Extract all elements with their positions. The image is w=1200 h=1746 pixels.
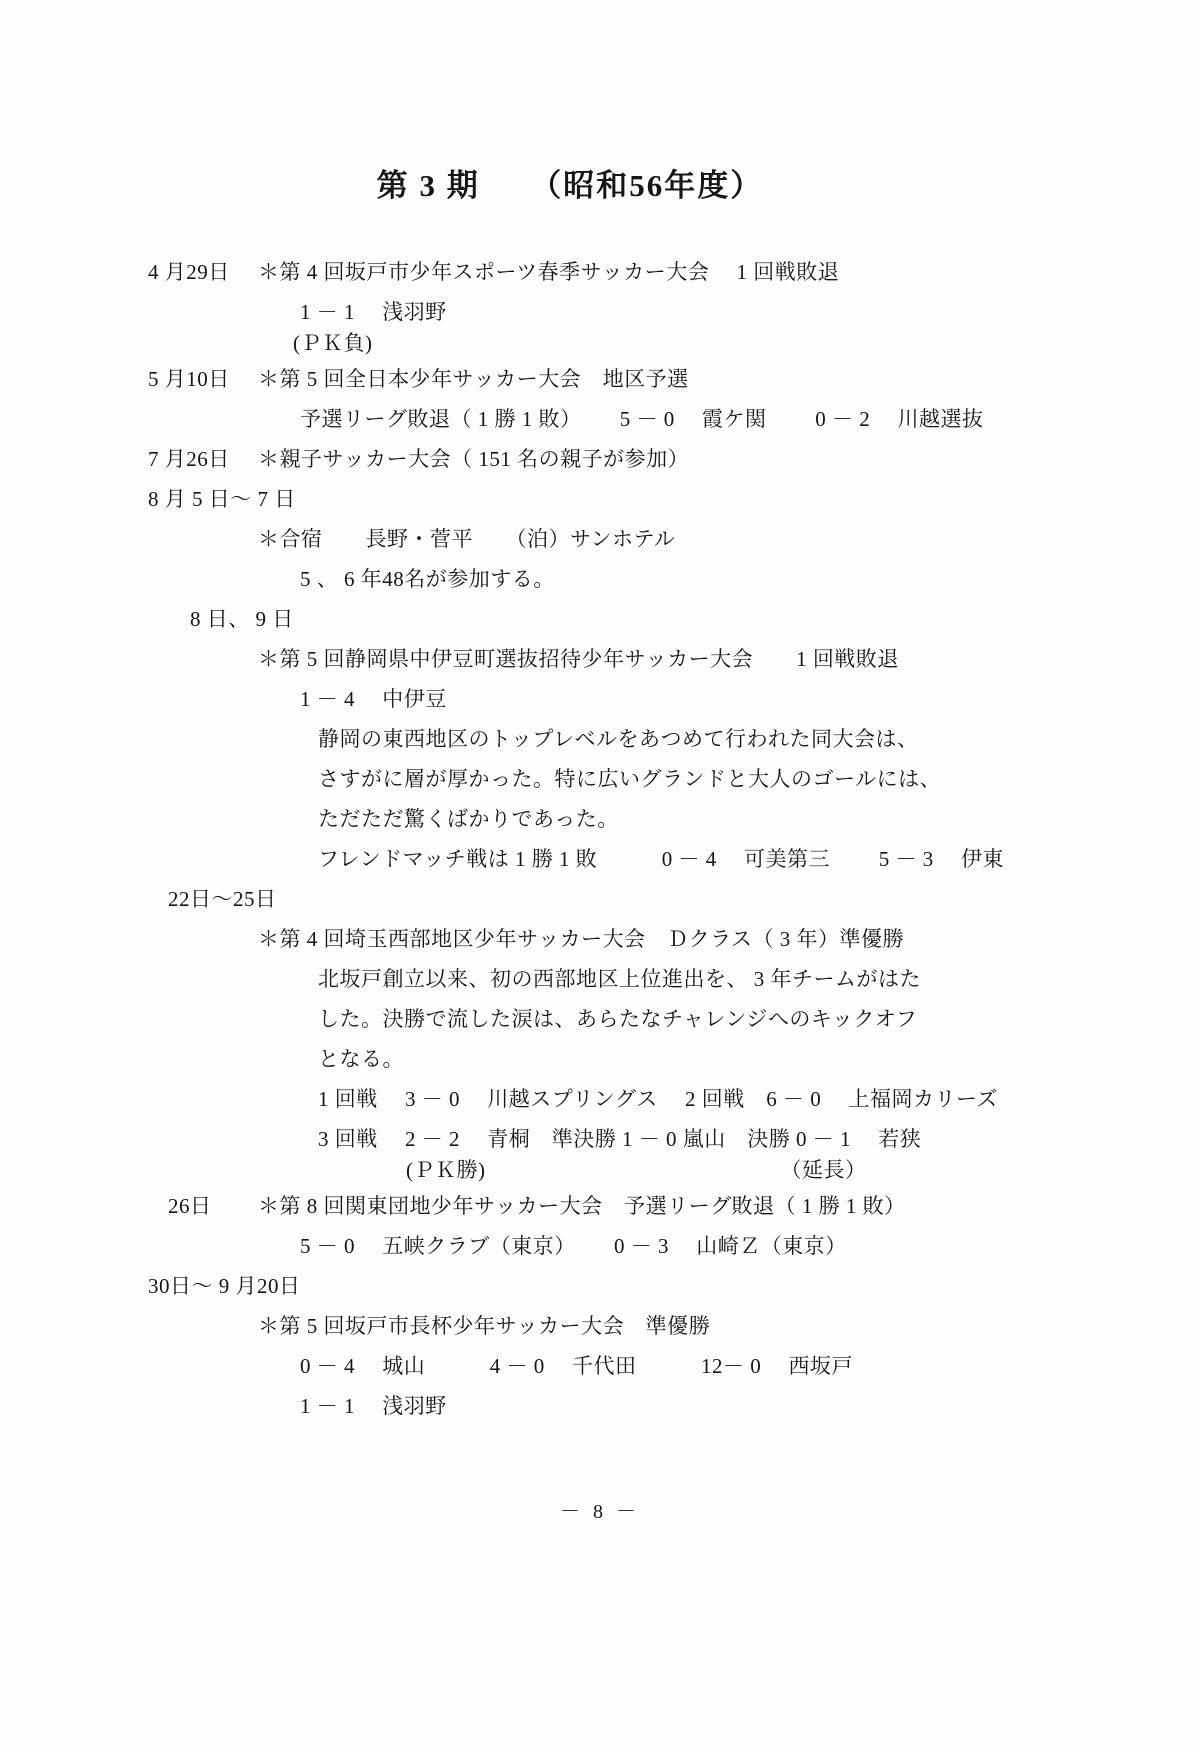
paragraph-text: 静岡の東西地区のトップレベルをあつめて行われた同大会は、 — [318, 728, 919, 750]
extra-time-note: （延長） — [781, 1159, 867, 1181]
score-text: 5 － 0 五峡クラブ（東京） 0 － 3 山崎Ｚ（東京） — [300, 1235, 847, 1257]
paragraph-line: 北坂戸創立以来、初の西部地区上位進出を、 3 年チームがはた — [318, 968, 1200, 990]
paragraph-text: ただただ驚くばかりであった。 — [318, 808, 619, 830]
event-text: ＊第 5 回全日本少年サッカー大会 地区予選 — [258, 368, 689, 390]
score-text: 0 － 4 城山 4 － 0 千代田 12－ 0 西坂戸 — [300, 1355, 853, 1377]
page-title: 第 3 期 （昭和56年度） — [0, 160, 1140, 205]
score-line: 1 － 1 浅羽野 — [300, 301, 1200, 323]
event-line: 7 月26日＊親子サッカー大会（ 151 名の親子が参加） — [148, 448, 1200, 470]
detail-text: 5 、 6 年48名が参加する。 — [300, 568, 555, 590]
event-line: ＊第 5 回静岡県中伊豆町選抜招待少年サッカー大会 1 回戦敗退 — [258, 648, 1200, 670]
event-text: ＊第 5 回坂戸市長杯少年サッカー大会 準優勝 — [258, 1315, 710, 1337]
paragraph-line: さすがに層が厚かった。特に広いグランドと大人のゴールには、 — [318, 768, 1200, 790]
date-range-line: 30日～ 9 月20日 — [148, 1275, 1200, 1297]
event-line: 26日＊第 8 回関東団地少年サッカー大会 予選リーグ敗退（ 1 勝 1 敗） — [168, 1195, 1200, 1217]
score-text: 1 － 1 浅羽野 — [300, 1395, 447, 1417]
date-label: 8 月 5 日～ 7 日 — [148, 488, 296, 510]
score-line: 予選リーグ敗退（ 1 勝 1 敗） 5 － 0 霞ケ関 0 － 2 川越選抜 — [300, 408, 1200, 430]
score-text: 1 － 4 中伊豆 — [300, 688, 447, 710]
event-text: ＊合宿 長野・菅平 （泊）サンホテル — [258, 528, 675, 550]
page-number: － 8 － — [0, 1495, 1200, 1524]
score-text: フレンドマッチ戦は 1 勝 1 敗 0 － 4 可美第三 5 － 3 伊東 — [318, 848, 1004, 870]
date-range-line: 8 月 5 日～ 7 日 — [148, 488, 1200, 510]
detail-line: 5 、 6 年48名が参加する。 — [300, 568, 1200, 590]
paragraph-text: 北坂戸創立以来、初の西部地区上位進出を、 3 年チームがはた — [318, 968, 921, 990]
event-list: 4 月29日＊第 4 回坂戸市少年スポーツ春季サッカー大会 1 回戦敗退 1 －… — [0, 261, 1200, 1417]
event-text: ＊第 8 回関東団地少年サッカー大会 予選リーグ敗退（ 1 勝 1 敗） — [258, 1195, 906, 1217]
event-text: ＊親子サッカー大会（ 151 名の親子が参加） — [258, 448, 689, 470]
score-line: 0 － 4 城山 4 － 0 千代田 12－ 0 西坂戸 — [300, 1355, 1200, 1377]
event-line: 4 月29日＊第 4 回坂戸市少年スポーツ春季サッカー大会 1 回戦敗退 — [148, 261, 1200, 283]
date-label: 30日～ 9 月20日 — [148, 1275, 301, 1297]
event-text: ＊第 4 回坂戸市少年スポーツ春季サッカー大会 1 回戦敗退 — [258, 261, 839, 283]
event-line: ＊第 5 回坂戸市長杯少年サッカー大会 準優勝 — [258, 1315, 1200, 1337]
note-line: (ＰＫ負) — [293, 332, 1200, 354]
paragraph-line: した。決勝で流した涙は、あらたなチャレンジへのキックオフ — [318, 1008, 1200, 1030]
score-text: 予選リーグ敗退（ 1 勝 1 敗） 5 － 0 霞ケ関 0 － 2 川越選抜 — [300, 408, 984, 430]
note-line: (ＰＫ勝) （延長） — [318, 1159, 1200, 1181]
date-label: 5 月10日 — [148, 368, 258, 390]
event-text: ＊第 4 回埼玉西部地区少年サッカー大会 Ｄクラス（ 3 年）準優勝 — [258, 928, 904, 950]
date-label: 26日 — [168, 1195, 258, 1217]
paragraph-text: さすがに層が厚かった。特に広いグランドと大人のゴールには、 — [318, 768, 941, 790]
event-line: 5 月10日＊第 5 回全日本少年サッカー大会 地区予選 — [148, 368, 1200, 390]
paragraph-line: ただただ驚くばかりであった。 — [318, 808, 1200, 830]
paragraph-text: した。決勝で流した涙は、あらたなチャレンジへのキックオフ — [318, 1008, 917, 1030]
score-text: 1 回戦 3 － 0 川越スプリングス 2 回戦 6 － 0 上福岡カリーズ — [318, 1088, 998, 1110]
score-text: 1 － 1 浅羽野 — [300, 301, 447, 323]
date-range-line: 22日～25日 — [168, 888, 1200, 910]
date-label: 22日～25日 — [168, 888, 277, 910]
date-range-line: 8 日、 9 日 — [190, 608, 1200, 630]
event-line: ＊第 4 回埼玉西部地区少年サッカー大会 Ｄクラス（ 3 年）準優勝 — [258, 928, 1200, 950]
score-line: 1 － 1 浅羽野 — [300, 1395, 1200, 1417]
event-text: ＊第 5 回静岡県中伊豆町選抜招待少年サッカー大会 1 回戦敗退 — [258, 648, 899, 670]
date-label: 8 日、 9 日 — [190, 608, 294, 630]
pk-win-note: (ＰＫ勝) — [406, 1159, 486, 1181]
score-line: 5 － 0 五峡クラブ（東京） 0 － 3 山崎Ｚ（東京） — [300, 1235, 1200, 1257]
score-line: 3 回戦 2 － 2 青桐 準決勝 1 － 0 嵐山 決勝 0 － 1 若狭 — [318, 1128, 1200, 1150]
date-label: 7 月26日 — [148, 448, 258, 470]
document-page: 第 3 期 （昭和56年度） 4 月29日＊第 4 回坂戸市少年スポーツ春季サッ… — [0, 0, 1200, 1746]
score-line: 1 回戦 3 － 0 川越スプリングス 2 回戦 6 － 0 上福岡カリーズ — [318, 1088, 1200, 1110]
score-line: 1 － 4 中伊豆 — [300, 688, 1200, 710]
pk-loss-note: (ＰＫ負) — [293, 332, 373, 354]
score-text: 3 回戦 2 － 2 青桐 準決勝 1 － 0 嵐山 決勝 0 － 1 若狭 — [318, 1128, 921, 1150]
score-line: フレンドマッチ戦は 1 勝 1 敗 0 － 4 可美第三 5 － 3 伊東 — [318, 848, 1200, 870]
paragraph-line: 静岡の東西地区のトップレベルをあつめて行われた同大会は、 — [318, 728, 1200, 750]
paragraph-text: となる。 — [318, 1048, 404, 1070]
event-line: ＊合宿 長野・菅平 （泊）サンホテル — [258, 528, 1200, 550]
date-label: 4 月29日 — [148, 261, 258, 283]
paragraph-line: となる。 — [318, 1048, 1200, 1070]
